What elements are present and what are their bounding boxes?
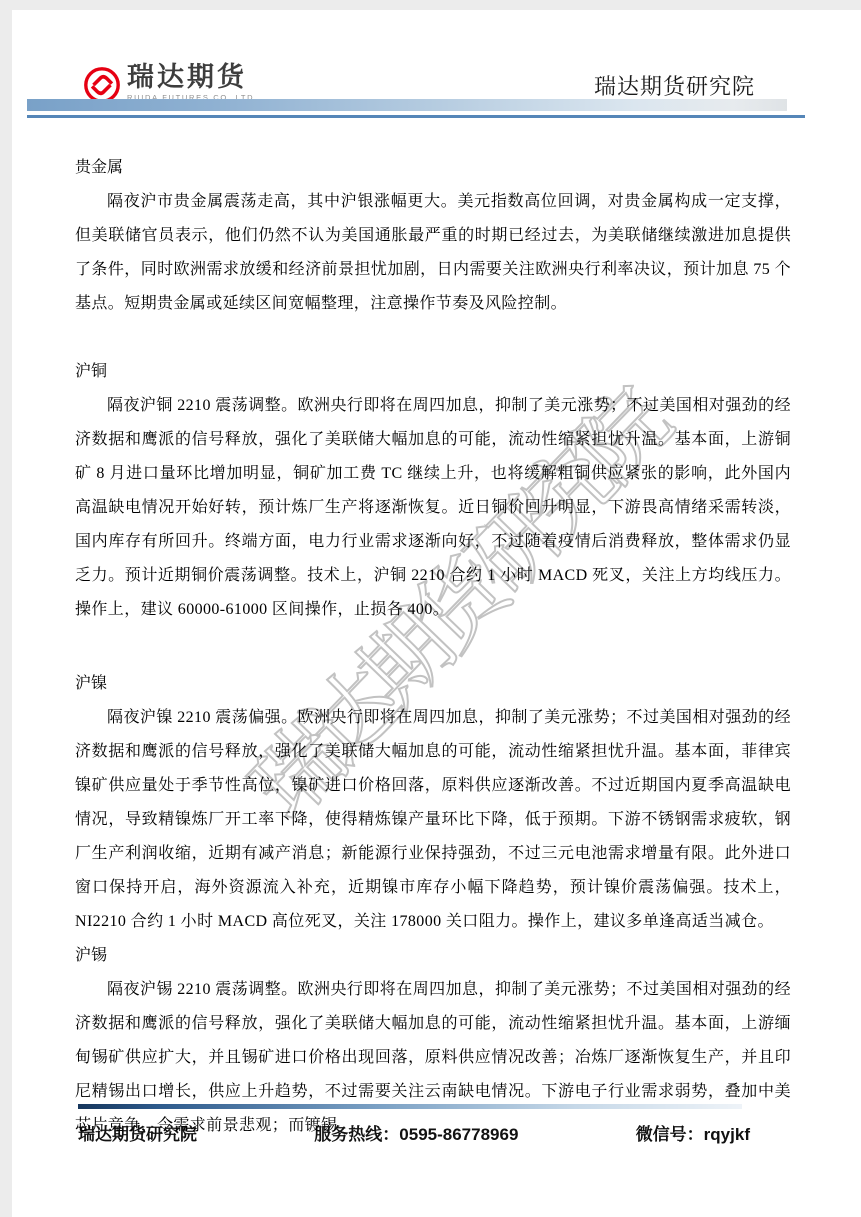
section-title: 沪锡 [75, 939, 791, 973]
section-title: 沪铜 [75, 355, 791, 389]
page-edge-left [0, 0, 12, 1217]
section-paragraph: 隔夜沪镍 2210 震荡偏强。欧洲央行即将在周四加息，抑制了美元涨势；不过美国相… [75, 701, 791, 939]
section-paragraph: 隔夜沪锡 2210 震荡调整。欧洲央行即将在周四加息，抑制了美元涨势；不过美国相… [75, 973, 791, 1143]
section-precious-metals: 贵金属 隔夜沪市贵金属震荡走高，其中沪银涨幅更大。美元指数高位回调，对贵金属构成… [75, 151, 791, 321]
section-title: 沪镍 [75, 667, 791, 701]
logo-text-block: 瑞达期货 RUIDA FUTURES CO.,LTD. [127, 62, 347, 102]
section-paragraph: 隔夜沪铜 2210 震荡调整。欧洲央行即将在周四加息，抑制了美元涨势；不过美国相… [75, 389, 791, 627]
section-shanghai-copper: 沪铜 隔夜沪铜 2210 震荡调整。欧洲央行即将在周四加息，抑制了美元涨势；不过… [75, 355, 791, 627]
logo-company-name: 瑞达期货 [127, 62, 347, 92]
page-edge-top [0, 0, 861, 10]
section-paragraph: 隔夜沪市贵金属震荡走高，其中沪银涨幅更大。美元指数高位回调，对贵金属构成一定支撑… [75, 185, 791, 321]
header-institute-title: 瑞达期货研究院 [594, 70, 755, 101]
header-gradient-bar [27, 99, 787, 111]
report-page: 瑞达期货 RUIDA FUTURES CO.,LTD. 瑞达期货研究院 瑞达期货… [0, 0, 861, 1217]
section-title: 贵金属 [75, 151, 791, 185]
section-shanghai-tin: 沪锡 隔夜沪锡 2210 震荡调整。欧洲央行即将在周四加息，抑制了美元涨势；不过… [75, 939, 791, 1143]
section-shanghai-nickel: 沪镍 隔夜沪镍 2210 震荡偏强。欧洲央行即将在周四加息，抑制了美元涨势；不过… [75, 667, 791, 939]
header-rule-line [27, 115, 805, 118]
report-body: 贵金属 隔夜沪市贵金属震荡走高，其中沪银涨幅更大。美元指数高位回调，对贵金属构成… [75, 120, 791, 1143]
